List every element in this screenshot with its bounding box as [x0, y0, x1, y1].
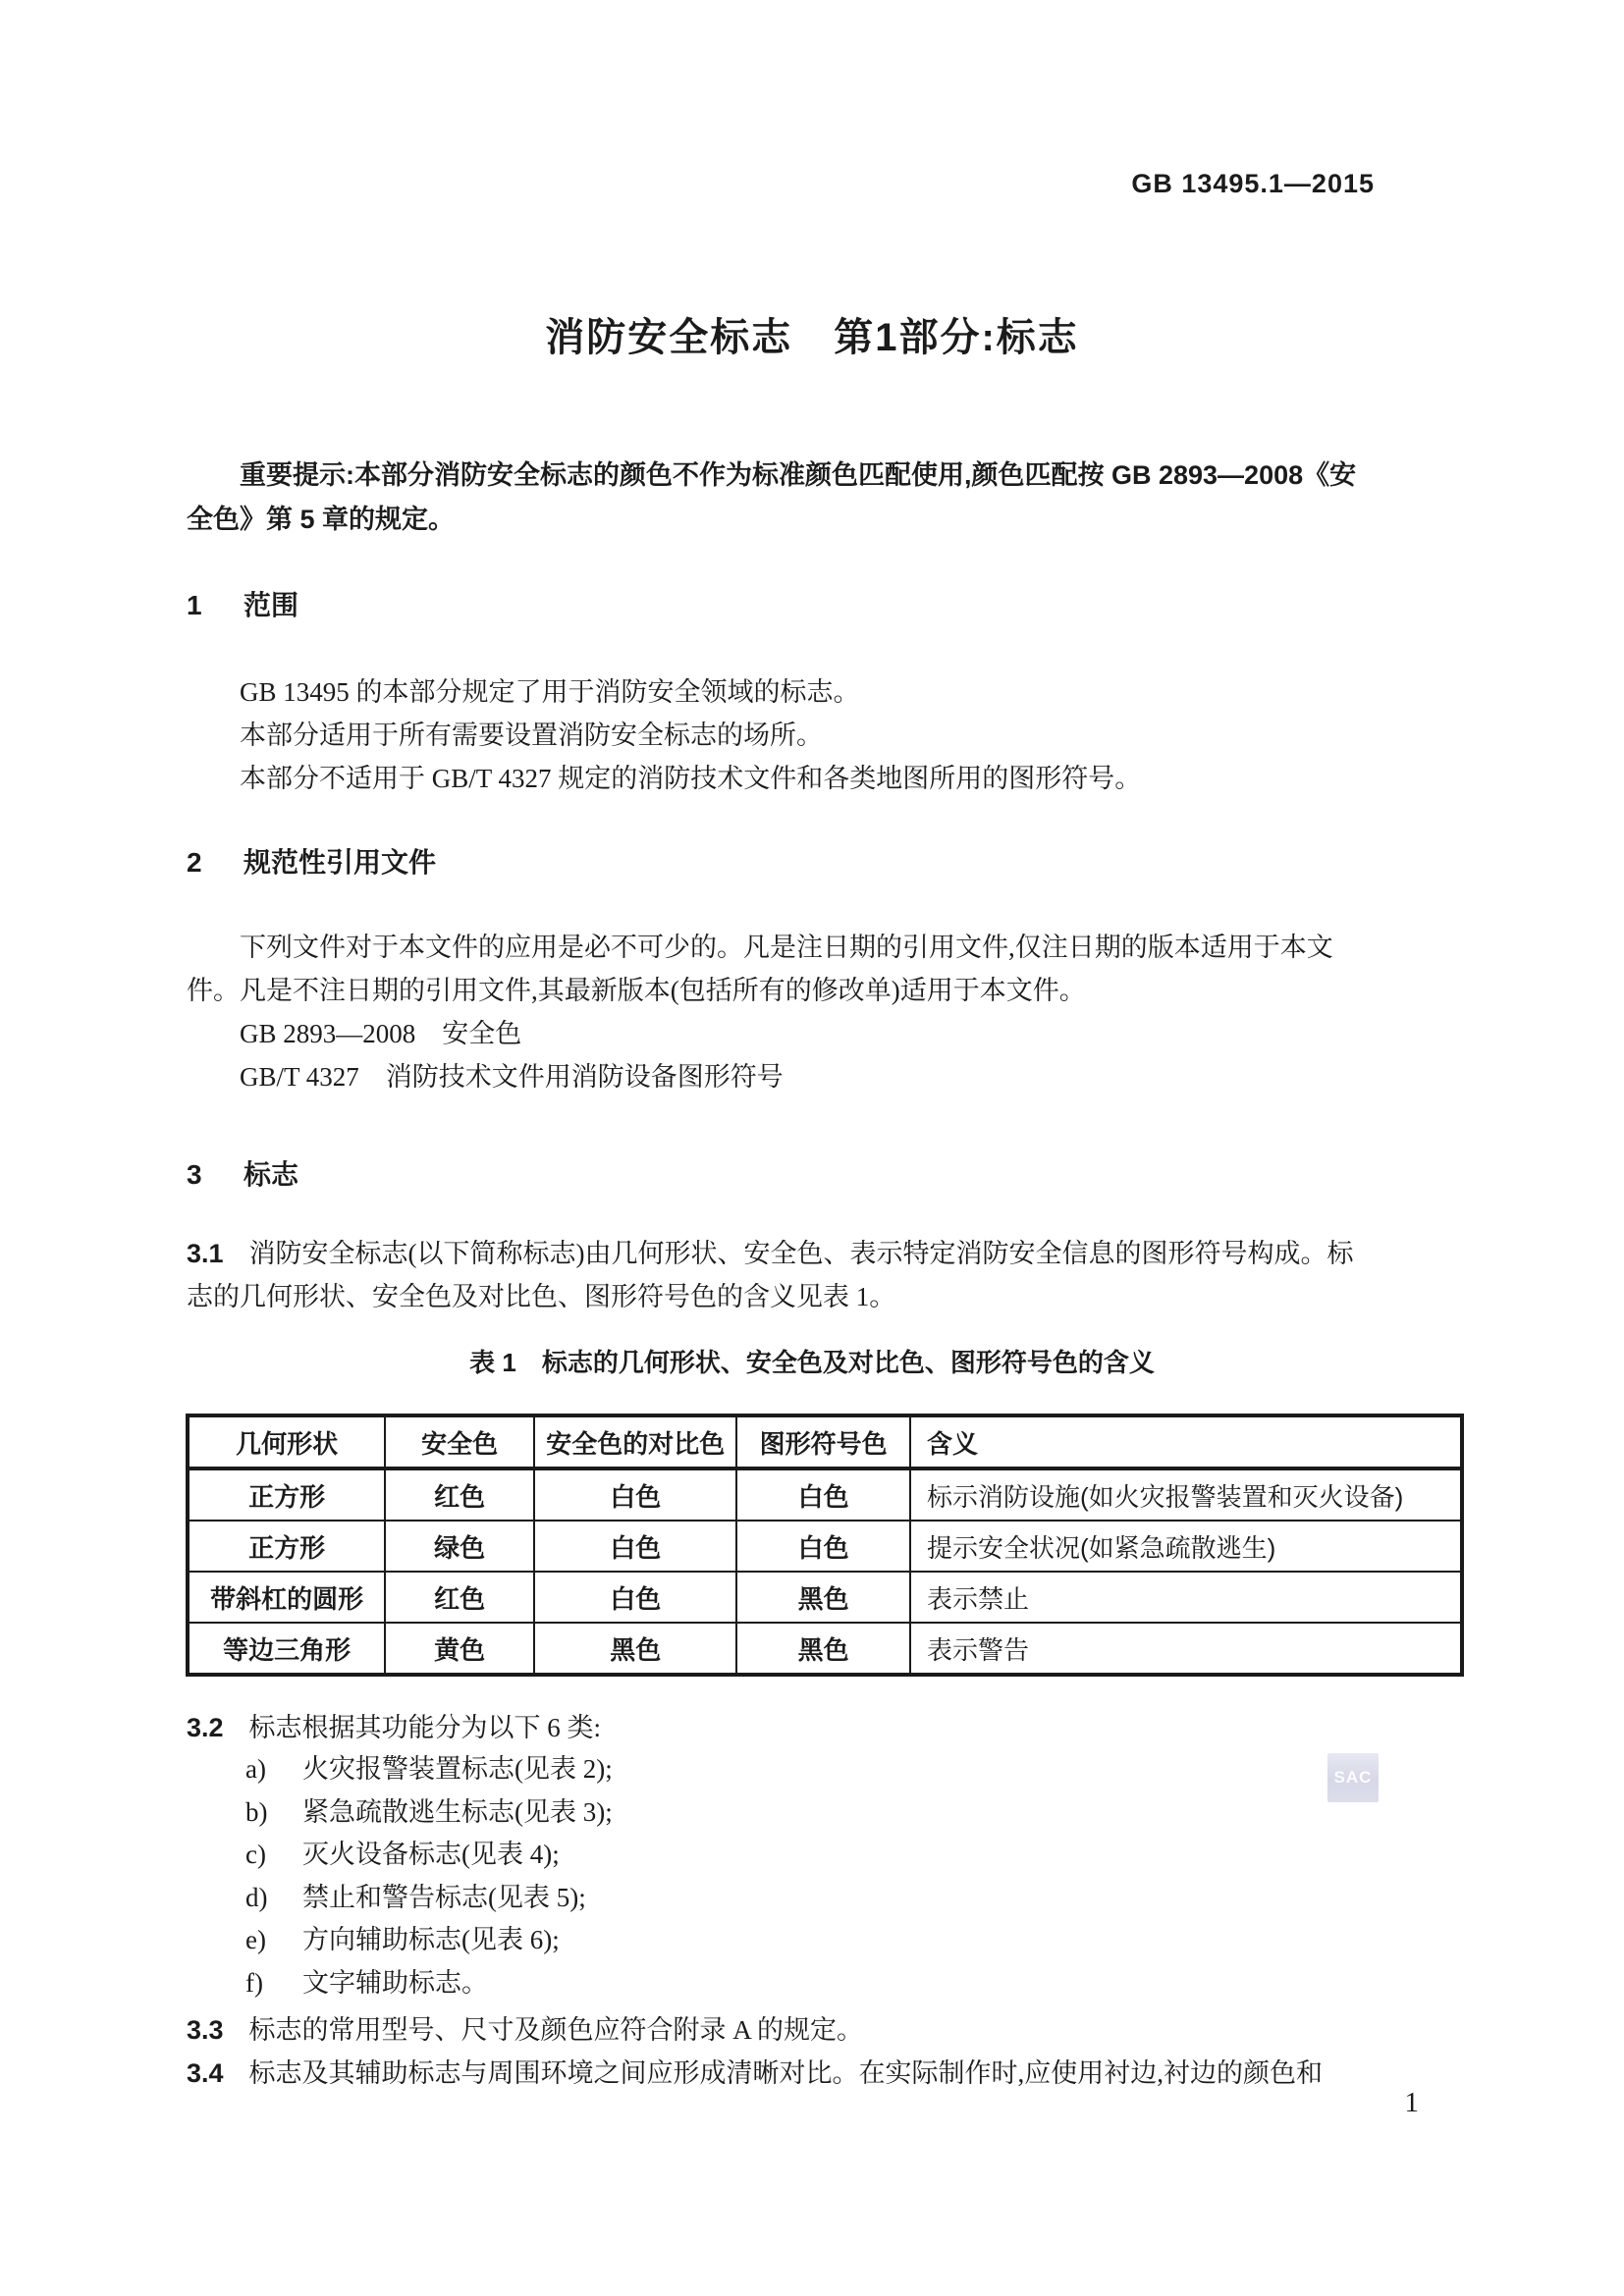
section1-heading: 1范围	[187, 589, 298, 622]
cell-safety-color: 绿色	[385, 1521, 534, 1572]
clause-text-line2: 志的几何形状、安全色及对比色、图形符号色的含义见表 1。	[187, 1275, 1453, 1318]
list-item-marker: f)	[245, 1962, 302, 2005]
clause-text: 标志及其辅助标志与周围环境之间应形成清晰对比。在实际制作时,应使用衬边,衬边的颜…	[249, 2058, 1324, 2088]
list-item: a)火灾报警装置标志(见表 2);	[245, 1748, 1424, 1791]
page-number: 1	[187, 2087, 1419, 2119]
table1-caption: 表 1 标志的几何形状、安全色及对比色、图形符号色的含义	[0, 1343, 1624, 1379]
paragraph-line: 本部分适用于所有需要设置消防安全标志的场所。	[187, 714, 1448, 757]
list-item: f)文字辅助标志。	[245, 1962, 1424, 2005]
clause-number: 3.4	[187, 2058, 224, 2088]
clause-text: 标志根据其功能分为以下 6 类:	[249, 1713, 602, 1742]
cell-meaning: 提示安全状况(如紧急疏散逃生)	[910, 1521, 1462, 1572]
table1-header-symbol-color: 图形符号色	[736, 1415, 910, 1468]
table1-header-safety-color: 安全色	[385, 1415, 534, 1468]
clause-number: 3.2	[187, 1713, 224, 1742]
cell-contrast-color: 白色	[534, 1572, 736, 1623]
cell-symbol-color: 黑色	[736, 1623, 910, 1675]
cell-shape: 正方形	[188, 1521, 385, 1572]
section3-heading: 3标志	[187, 1158, 298, 1192]
cell-symbol-color: 黑色	[736, 1572, 910, 1623]
clause-3-3: 3.3标志的常用型号、尺寸及颜色应符合附录 A 的规定。	[187, 2008, 1453, 2052]
paragraph-line: 下列文件对于本文件的应用是必不可少的。凡是注日期的引用文件,仅注日期的版本适用于…	[187, 926, 1448, 969]
list-item: e)方向辅助标志(见表 6);	[245, 1919, 1424, 1962]
sac-watermark-stamp: SAC	[1327, 1753, 1379, 1802]
paragraph-line: GB 13495 的本部分规定了用于消防安全领域的标志。	[187, 670, 1448, 714]
table-row: 带斜杠的圆形 红色 白色 黑色 表示禁止	[188, 1572, 1462, 1623]
section2-title: 规范性引用文件	[244, 847, 436, 878]
paragraph-line: 本部分不适用于 GB/T 4327 规定的消防技术文件和各类地图所用的图形符号。	[187, 757, 1448, 800]
list-item-marker: c)	[245, 1834, 302, 1877]
reference-item: GB/T 4327 消防技术文件用消防设备图形符号	[187, 1055, 1448, 1098]
cell-symbol-color: 白色	[736, 1468, 910, 1521]
table1-header-shape: 几何形状	[188, 1415, 385, 1468]
clause-number: 3.1	[187, 1239, 224, 1268]
table1-header-meaning: 含义	[910, 1415, 1462, 1468]
list-item-marker: b)	[245, 1791, 302, 1835]
cell-meaning: 表示禁止	[910, 1572, 1462, 1623]
document-title: 消防安全标志 第1部分:标志	[0, 306, 1624, 362]
list-item-marker: e)	[245, 1919, 302, 1962]
table1-header-row: 几何形状 安全色 安全色的对比色 图形符号色 含义	[188, 1415, 1462, 1468]
table1-header-contrast-color: 安全色的对比色	[534, 1415, 736, 1468]
cell-safety-color: 红色	[385, 1572, 534, 1623]
section1-body: GB 13495 的本部分规定了用于消防安全领域的标志。 本部分适用于所有需要设…	[187, 670, 1448, 800]
cell-meaning: 标示消防设施(如火灾报警装置和灭火设备)	[910, 1468, 1462, 1521]
cell-contrast-color: 白色	[534, 1521, 736, 1572]
list-item-text: 方向辅助标志(见表 6);	[302, 1925, 560, 1954]
table-row: 正方形 绿色 白色 白色 提示安全状况(如紧急疏散逃生)	[188, 1521, 1462, 1572]
list-item-text: 紧急疏散逃生标志(见表 3);	[302, 1797, 613, 1827]
document-page: GB 13495.1—2015 消防安全标志 第1部分:标志 重要提示:本部分消…	[0, 0, 1624, 2296]
list-item: d)禁止和警告标志(见表 5);	[245, 1877, 1424, 1920]
important-note-line2: 全色》第 5 章的规定。	[187, 498, 1448, 542]
list-item-marker: a)	[245, 1748, 302, 1791]
clause-number: 3.3	[187, 2015, 224, 2045]
cell-symbol-color: 白色	[736, 1521, 910, 1572]
list-item-text: 禁止和警告标志(见表 5);	[302, 1883, 586, 1912]
cell-shape: 带斜杠的圆形	[188, 1572, 385, 1623]
clause-text: 消防安全标志(以下简称标志)由几何形状、安全色、表示特定消防安全信息的图形符号构…	[249, 1239, 1354, 1268]
list-item: b)紧急疏散逃生标志(见表 3);	[245, 1791, 1424, 1835]
section1-number: 1	[187, 589, 244, 622]
list-item-marker: d)	[245, 1877, 302, 1920]
list-item-text: 火灾报警装置标志(见表 2);	[302, 1754, 613, 1784]
table1: 几何形状 安全色 安全色的对比色 图形符号色 含义 正方形 红色 白色 白色 标…	[186, 1414, 1464, 1677]
cell-safety-color: 红色	[385, 1468, 534, 1521]
section3-title: 标志	[244, 1159, 298, 1190]
cell-shape: 等边三角形	[188, 1623, 385, 1675]
clause-3-1: 3.1消防安全标志(以下简称标志)由几何形状、安全色、表示特定消防安全信息的图形…	[187, 1232, 1453, 1318]
cell-contrast-color: 黑色	[534, 1623, 736, 1675]
section2-heading: 2规范性引用文件	[187, 846, 436, 880]
paragraph-line: 件。凡是不注日期的引用文件,其最新版本(包括所有的修改单)适用于本文件。	[187, 969, 1448, 1012]
list-item-text: 灭火设备标志(见表 4);	[302, 1840, 560, 1869]
cell-contrast-color: 白色	[534, 1468, 736, 1521]
table-row: 等边三角形 黄色 黑色 黑色 表示警告	[188, 1623, 1462, 1675]
important-note-line1: 重要提示:本部分消防安全标志的颜色不作为标准颜色匹配使用,颜色匹配按 GB 28…	[187, 454, 1448, 498]
section1-title: 范围	[244, 590, 298, 620]
section2-body: 下列文件对于本文件的应用是必不可少的。凡是注日期的引用文件,仅注日期的版本适用于…	[187, 926, 1448, 1098]
clause-3-2: 3.2标志根据其功能分为以下 6 类:	[187, 1706, 1453, 1749]
cell-safety-color: 黄色	[385, 1623, 534, 1675]
clause-text: 标志的常用型号、尺寸及颜色应符合附录 A 的规定。	[249, 2015, 864, 2045]
cell-shape: 正方形	[188, 1468, 385, 1521]
important-note: 重要提示:本部分消防安全标志的颜色不作为标准颜色匹配使用,颜色匹配按 GB 28…	[187, 454, 1448, 542]
standard-number: GB 13495.1—2015	[187, 169, 1375, 199]
table-row: 正方形 红色 白色 白色 标示消防设施(如火灾报警装置和灭火设备)	[188, 1468, 1462, 1521]
section3-number: 3	[187, 1158, 244, 1192]
classification-list: a)火灾报警装置标志(见表 2); b)紧急疏散逃生标志(见表 3); c)灭火…	[245, 1748, 1424, 2004]
list-item-text: 文字辅助标志。	[302, 1968, 488, 1998]
list-item: c)灭火设备标志(见表 4);	[245, 1834, 1424, 1877]
reference-item: GB 2893—2008 安全色	[187, 1012, 1448, 1055]
cell-meaning: 表示警告	[910, 1623, 1462, 1675]
section2-number: 2	[187, 846, 244, 880]
